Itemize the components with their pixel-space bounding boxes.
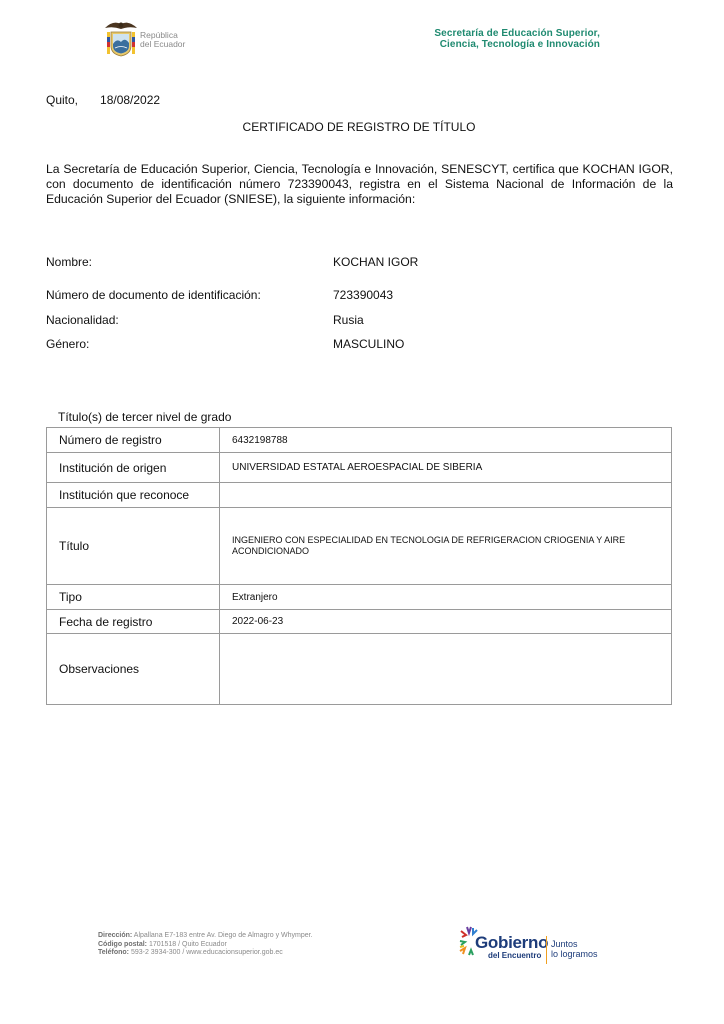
- table-row: Institución que reconoce: [47, 483, 672, 508]
- document-title-text: CERTIFICADO DE REGISTRO DE TÍTULO: [243, 120, 476, 134]
- name-label: Nombre:: [46, 255, 92, 269]
- name-value: KOCHAN IGOR: [333, 255, 418, 269]
- table-row: Fecha de registro 2022-06-23: [47, 610, 672, 634]
- gender-label: Género:: [46, 337, 89, 351]
- phone-text: 593-2 3934-300 / www.educacionsuperior.g…: [131, 949, 283, 956]
- address-text: Alpallana E7-183 entre Av. Diego de Alma…: [134, 932, 313, 939]
- postal-label: Código postal:: [98, 941, 147, 948]
- nationality-value: Rusia: [333, 313, 364, 327]
- recognizing-institution-value: [220, 483, 672, 508]
- origin-institution-value: UNIVERSIDAD ESTATAL AEROESPACIAL DE SIBE…: [220, 453, 672, 483]
- recognizing-institution-label: Institución que reconoce: [47, 483, 220, 508]
- footer-postal: Código postal: 1701518 / Quito Ecuador: [98, 941, 313, 950]
- type-label: Tipo: [47, 585, 220, 610]
- issue-date: 18/08/2022: [100, 93, 160, 107]
- id-number-value: 723390043: [333, 288, 393, 302]
- degree-title-label: Título: [47, 508, 220, 585]
- registration-date-value: 2022-06-23: [220, 610, 672, 634]
- slogan-line-1: Juntos: [551, 939, 598, 949]
- secretariat-line-2: Ciencia, Tecnología e Innovación: [422, 39, 600, 50]
- gobierno-logo-word: Gobierno: [475, 933, 548, 953]
- place-date: Quito,18/08/2022: [46, 93, 160, 107]
- gobierno-slogan: Juntos lo logramos: [551, 939, 598, 959]
- phone-label: Teléfono:: [98, 949, 129, 956]
- footer-phone: Teléfono: 593-2 3934-300 / www.educacion…: [98, 949, 313, 958]
- table-row: Número de registro 6432198788: [47, 428, 672, 453]
- registry-number-value: 6432198788: [220, 428, 672, 453]
- type-value: Extranjero: [220, 585, 672, 610]
- gender-value: MASCULINO: [333, 337, 404, 351]
- postal-text: 1701518 / Quito Ecuador: [149, 941, 227, 948]
- id-number-label: Número de documento de identificación:: [46, 288, 261, 302]
- registry-number-label: Número de registro: [47, 428, 220, 453]
- ecuador-coat-of-arms-icon: [103, 18, 139, 58]
- republic-logo-text: República del Ecuador: [140, 31, 185, 49]
- nationality-label: Nacionalidad:: [46, 313, 119, 327]
- secretariat-logo-text: Secretaría de Educación Superior, Cienci…: [422, 28, 600, 50]
- place: Quito,: [46, 93, 78, 107]
- address-label: Dirección:: [98, 932, 132, 939]
- table-row: Observaciones: [47, 634, 672, 705]
- certification-paragraph: La Secretaría de Educación Superior, Cie…: [46, 162, 673, 207]
- footer-address-block: Dirección: Alpallana E7-183 entre Av. Di…: [98, 932, 313, 958]
- gobierno-logo-divider: [546, 936, 547, 964]
- slogan-line-2: lo logramos: [551, 949, 598, 959]
- gobierno-logo-subtitle: del Encuentro: [488, 951, 541, 960]
- table-row: Institución de origen UNIVERSIDAD ESTATA…: [47, 453, 672, 483]
- degree-title-value: INGENIERO CON ESPECIALIDAD EN TECNOLOGIA…: [220, 508, 672, 585]
- registration-date-label: Fecha de registro: [47, 610, 220, 634]
- secretariat-line-1: Secretaría de Educación Superior,: [422, 28, 600, 39]
- observations-value: [220, 634, 672, 705]
- registry-table-caption: Título(s) de tercer nivel de grado: [58, 410, 231, 424]
- republic-line-2: del Ecuador: [140, 40, 185, 49]
- registry-table: Número de registro 6432198788 Institució…: [46, 427, 672, 705]
- table-row: Título INGENIERO CON ESPECIALIDAD EN TEC…: [47, 508, 672, 585]
- origin-institution-label: Institución de origen: [47, 453, 220, 483]
- footer-address: Dirección: Alpallana E7-183 entre Av. Di…: [98, 932, 313, 941]
- document-title: CERTIFICADO DE REGISTRO DE TÍTULO: [0, 120, 724, 134]
- observations-label: Observaciones: [47, 634, 220, 705]
- table-row: Tipo Extranjero: [47, 585, 672, 610]
